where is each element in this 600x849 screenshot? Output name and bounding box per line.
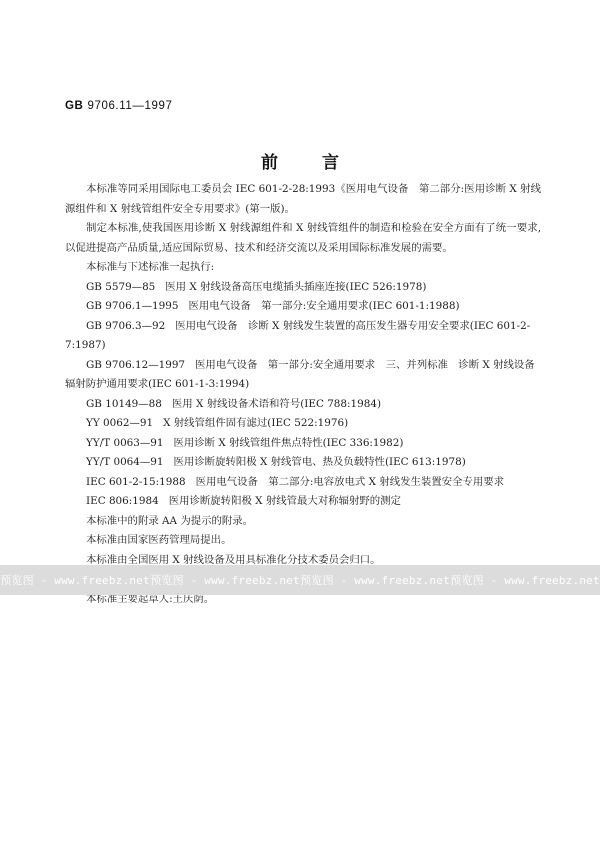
standard-id: GB9706.11—1997 bbox=[65, 100, 172, 112]
title-char-1: 前 bbox=[261, 148, 278, 173]
reference-text: X 射线管组件固有滤过(IEC 522:1976) bbox=[163, 417, 348, 429]
preface-body: 本标准等同采用国际电工委员会 IEC 601-2-28:1993《医用电气设备 … bbox=[65, 180, 541, 609]
reference-item: YY/T 0063—91医用诊断 X 射线管组件焦点特性(IEC 336:198… bbox=[65, 434, 541, 454]
reference-item: YY 0062—91X 射线管组件固有滤过(IEC 522:1976) bbox=[65, 414, 541, 434]
reference-code: YY/T 0063—91 bbox=[86, 434, 164, 454]
watermark-text: 预览图 - www.freebz.net bbox=[0, 572, 150, 588]
reference-code: GB 9706.12—1997 bbox=[86, 359, 185, 371]
watermark-text: 预览图 - www.freebz.net bbox=[450, 572, 600, 588]
reference-code: YY 0062—91 bbox=[86, 414, 153, 434]
reference-text: 医用电气设备 第一部分:安全通用要求(IEC 601-1:1988) bbox=[188, 300, 459, 312]
closing-line: 本标准中的附录 AA 为提示的附录。 bbox=[65, 512, 541, 532]
standard-id-prefix: GB bbox=[65, 100, 83, 112]
reference-code: GB 10149—88 bbox=[86, 395, 162, 415]
paragraph: 本标准与下述标准一起执行: bbox=[65, 258, 541, 278]
reference-item: GB 9706.12—1997医用电气设备 第一部分:安全通用要求 三、并列标准… bbox=[65, 356, 541, 395]
reference-text: 医用诊断旋转阳极 X 射线管最大对称辐射野的测定 bbox=[169, 495, 401, 507]
reference-code: GB 9706.1—1995 bbox=[86, 297, 178, 317]
reference-item: GB 9706.1—1995医用电气设备 第一部分:安全通用要求(IEC 601… bbox=[65, 297, 541, 317]
reference-item: IEC 601-2-15:1988医用电气设备 第二部分:电容放电式 X 射线发… bbox=[65, 473, 541, 493]
reference-text: 医用电气设备 第二部分:电容放电式 X 射线发生装置安全专用要求 bbox=[196, 476, 504, 488]
reference-item: GB 10149—88医用 X 射线设备术语和符号(IEC 788:1984) bbox=[65, 395, 541, 415]
paragraph: 制定本标准,使我国医用诊断 X 射线源组件和 X 射线管组件的制造和检验在安全方… bbox=[65, 219, 541, 258]
reference-code: GB 9706.3—92 bbox=[86, 320, 165, 332]
reference-item: YY/T 0064—91医用诊断旋转阳极 X 射线管电、热及负载特性(IEC 6… bbox=[65, 453, 541, 473]
reference-text: 医用 X 射线设备高压电缆插头插座连接(IEC 526:1978) bbox=[165, 281, 426, 293]
page-title: 前言 bbox=[0, 148, 600, 173]
reference-item: GB 5579—85医用 X 射线设备高压电缆插头插座连接(IEC 526:19… bbox=[65, 278, 541, 298]
title-char-2: 言 bbox=[322, 148, 339, 173]
reference-item: IEC 806:1984医用诊断旋转阳极 X 射线管最大对称辐射野的测定 bbox=[65, 492, 541, 512]
watermark-band: 预览图 - www.freebz.net 预览图 - www.freebz.ne… bbox=[0, 565, 600, 595]
reference-text: 医用诊断 X 射线管组件焦点特性(IEC 336:1982) bbox=[174, 437, 404, 449]
reference-text: 医用 X 射线设备术语和符号(IEC 788:1984) bbox=[172, 398, 381, 410]
reference-item: GB 9706.3—92医用电气设备 诊断 X 射线发生装置的高压发生器专用安全… bbox=[65, 317, 541, 356]
reference-code: IEC 601-2-15:1988 bbox=[86, 473, 186, 493]
watermark-text: 预览图 - www.freebz.net bbox=[150, 572, 300, 588]
reference-code: YY/T 0064—91 bbox=[86, 453, 164, 473]
reference-code: GB 5579—85 bbox=[86, 278, 155, 298]
watermark-text: 预览图 - www.freebz.net bbox=[300, 572, 450, 588]
closing-line: 本标准由国家医药管理局提出。 bbox=[65, 531, 541, 551]
reference-code: IEC 806:1984 bbox=[86, 492, 159, 512]
standard-id-number: 9706.11—1997 bbox=[87, 100, 172, 112]
paragraph: 本标准等同采用国际电工委员会 IEC 601-2-28:1993《医用电气设备 … bbox=[65, 180, 541, 219]
reference-text: 医用诊断旋转阳极 X 射线管电、热及负载特性(IEC 613:1978) bbox=[174, 456, 466, 468]
